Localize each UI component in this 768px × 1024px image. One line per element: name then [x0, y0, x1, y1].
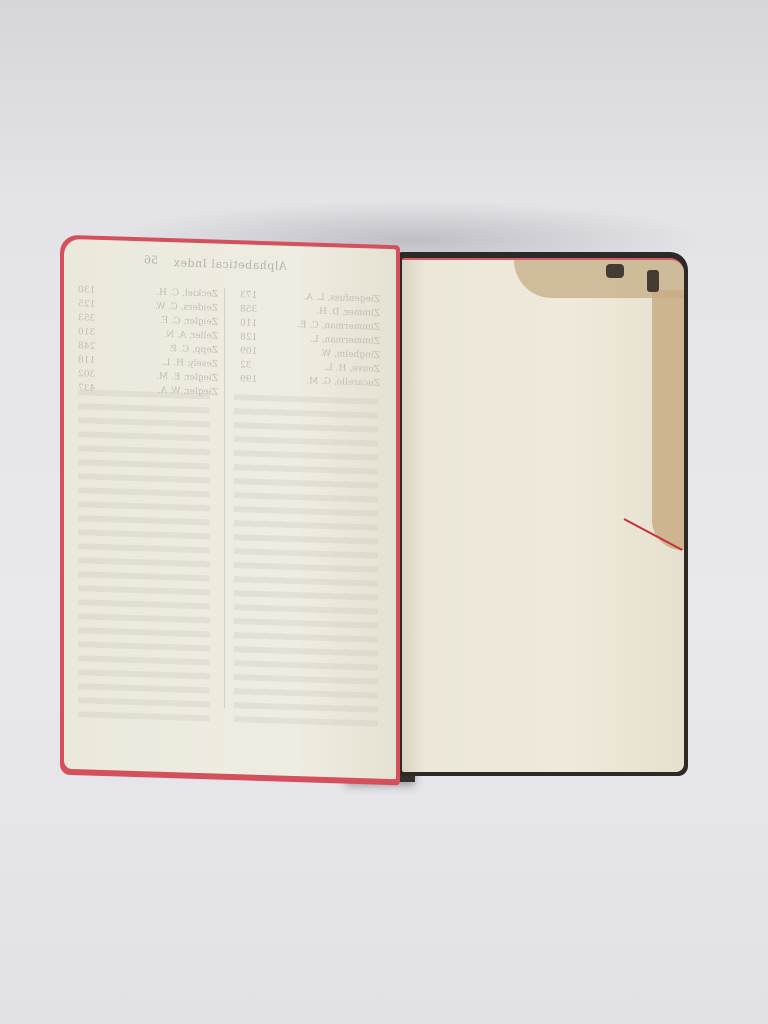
water-stain: [652, 290, 684, 550]
index-entry: Zucarello, G. M.199: [240, 372, 380, 390]
torn-patch: [606, 264, 624, 278]
index-column: Zeckiel, C. H.130 Zeiders, C. W.125 Zeig…: [78, 283, 218, 399]
index-column: Ziegenfuss, L. A.173 Zimmer, D. H.358 Zi…: [240, 288, 380, 390]
page-header: Alphabetical Index: [64, 253, 396, 276]
right-page-blank: [402, 258, 684, 772]
faint-bleedthrough-text: [78, 389, 378, 728]
torn-patch: [647, 270, 659, 292]
left-page-index: 56 Alphabetical Index Ziegenfuss, L. A.1…: [64, 239, 396, 779]
